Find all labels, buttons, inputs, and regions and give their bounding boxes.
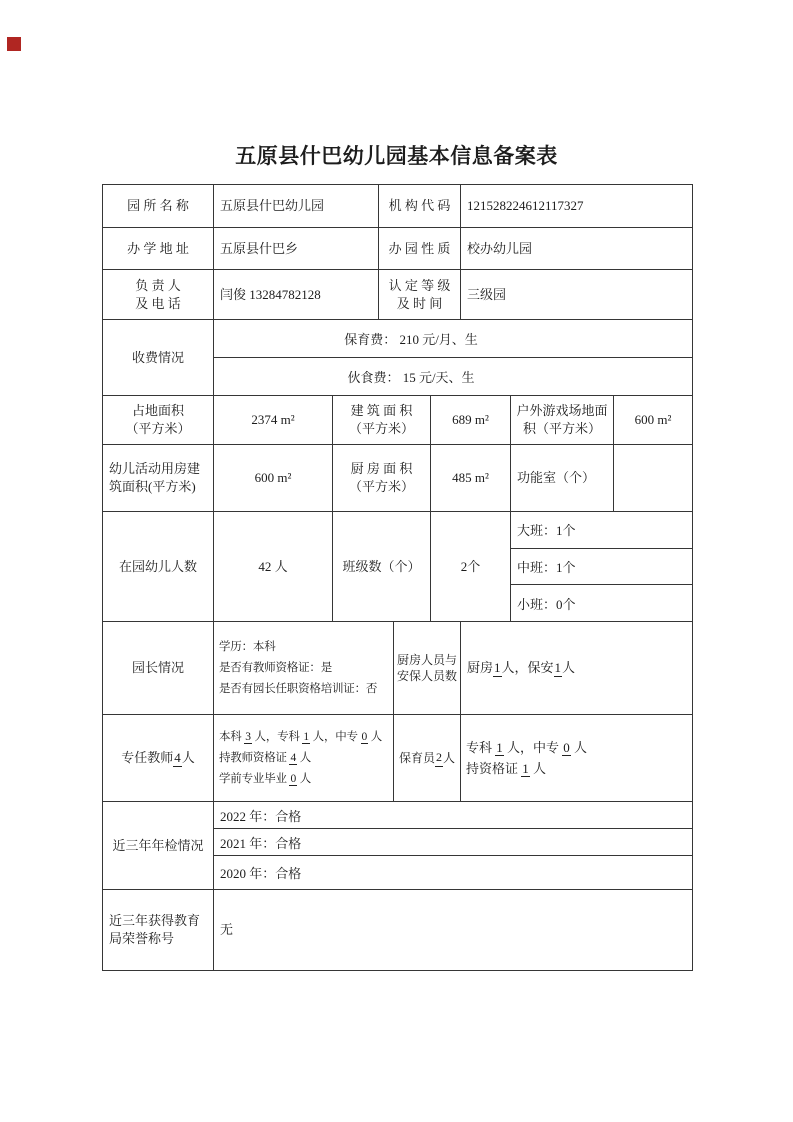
building-area-label: 建 筑 面 积 （平方米） xyxy=(333,396,431,444)
land-area-value: 2374 m² xyxy=(214,396,333,444)
inspection-2021: 2021 年：合格 xyxy=(214,829,692,856)
contact-label-line1: 负 责 人 xyxy=(135,277,181,295)
code-label: 机 构 代 码 xyxy=(379,185,461,227)
nurse-degrees: 专科 1 人，中专 0 人 xyxy=(466,737,587,758)
row-fees: 收费情况 保育费： 210 元/月、生 伙食费： 15 元/天、生 xyxy=(103,320,692,396)
principal-details: 学历：本科 是否有教师资格证：是 是否有园长任职资格培训证：否 xyxy=(214,622,394,714)
row-children: 在园幼儿人数 42 人 班级数（个） 2个 大班：1个 中班：1个 小班：0个 xyxy=(103,512,692,622)
principal-label: 园长情况 xyxy=(103,622,214,714)
principal-teacher-cert: 是否有教师资格证：是 xyxy=(219,658,332,679)
contact-label-line2: 及 电 话 xyxy=(135,295,181,313)
class-row-senior: 大班：1个 xyxy=(511,512,692,549)
function-rooms-label: 功能室（个） xyxy=(511,445,614,511)
row-contact-grade: 负 责 人 及 电 话 闫俊 13284782128 认 定 等 级 及 时 间… xyxy=(103,270,692,320)
row-inspection: 近三年年检情况 2022 年：合格 2021 年：合格 2020 年：合格 xyxy=(103,802,692,890)
land-area-label-line1: 占地面积 xyxy=(132,402,184,420)
nurse-certified: 持资格证 1 人 xyxy=(466,758,546,779)
inspection-2022: 2022 年：合格 xyxy=(214,802,692,829)
row-principal: 园长情况 学历：本科 是否有教师资格证：是 是否有园长任职资格培训证：否 厨房人… xyxy=(103,622,692,715)
honors-label: 近三年获得教育局荣誉称号 xyxy=(103,890,214,970)
nature-label: 办 园 性 质 xyxy=(379,228,461,269)
row-areas-2: 幼儿活动用房建筑面积(平方米) 600 m² 厨 房 面 积 （平方米） 485… xyxy=(103,445,692,512)
teachers-label: 专任教师 4 人 xyxy=(103,715,214,801)
address-label: 办 学 地 址 xyxy=(103,228,214,269)
grade-label-line1: 认 定 等 级 xyxy=(389,277,451,295)
principal-education: 学历：本科 xyxy=(219,637,276,658)
row-name-code: 园 所 名 称 五原县什巴幼儿园 机 构 代 码 121528224612117… xyxy=(103,185,692,228)
staff-label-line2: 安保人员数 xyxy=(397,668,457,684)
row-areas-1: 占地面积 （平方米） 2374 m² 建 筑 面 积 （平方米） 689 m² … xyxy=(103,396,692,445)
info-table: 园 所 名 称 五原县什巴幼儿园 机 构 代 码 121528224612117… xyxy=(102,184,693,971)
kitchen-area-label-line1: 厨 房 面 积 xyxy=(351,460,413,478)
staff-label: 厨房人员与 安保人员数 xyxy=(394,622,461,714)
children-label: 在园幼儿人数 xyxy=(103,512,214,621)
grade-label-line2: 及 时 间 xyxy=(397,295,443,313)
contact-value: 闫俊 13284782128 xyxy=(214,270,379,319)
class-row-junior: 小班：0个 xyxy=(511,585,692,621)
row-honors: 近三年获得教育局荣誉称号 无 xyxy=(103,890,692,970)
nurse-details: 专科 1 人，中专 0 人 持资格证 1 人 xyxy=(461,715,692,801)
row-teachers: 专任教师 4 人 本科 3 人，专科 1 人，中专 0 人 持教师资格证 4 人… xyxy=(103,715,692,802)
class-row-middle: 中班：1个 xyxy=(511,549,692,586)
address-value: 五原县什巴乡 xyxy=(214,228,379,269)
grade-value: 三级园 xyxy=(461,270,692,319)
fees-values: 保育费： 210 元/月、生 伙食费： 15 元/天、生 xyxy=(214,320,692,395)
name-label: 园 所 名 称 xyxy=(103,185,214,227)
class-breakdown: 大班：1个 中班：1个 小班：0个 xyxy=(511,512,692,621)
teachers-degrees: 本科 3 人，专科 1 人，中专 0 人 xyxy=(219,727,382,748)
building-area-label-line1: 建 筑 面 积 xyxy=(351,402,413,420)
land-area-label: 占地面积 （平方米） xyxy=(103,396,214,444)
teachers-preschool-major: 学前专业毕业 0 人 xyxy=(219,769,311,790)
inspection-results: 2022 年：合格 2021 年：合格 2020 年：合格 xyxy=(214,802,692,889)
nature-value: 校办幼儿园 xyxy=(461,228,692,269)
kitchen-area-value: 485 m² xyxy=(431,445,511,511)
teachers-details: 本科 3 人，专科 1 人，中专 0 人 持教师资格证 4 人 学前专业毕业 0… xyxy=(214,715,394,801)
classes-label: 班级数（个） xyxy=(333,512,431,621)
kitchen-area-label: 厨 房 面 积 （平方米） xyxy=(333,445,431,511)
classes-count: 2个 xyxy=(431,512,511,621)
document-page: 五原县什巴幼儿园基本信息备案表 园 所 名 称 五原县什巴幼儿园 机 构 代 码… xyxy=(0,0,793,1122)
name-value: 五原县什巴幼儿园 xyxy=(214,185,379,227)
outdoor-area-label: 户外游戏场地面积（平方米） xyxy=(511,396,614,444)
fee-nursing: 保育费： 210 元/月、生 xyxy=(214,320,692,358)
principal-post-cert: 是否有园长任职资格培训证：否 xyxy=(219,679,377,700)
outdoor-area-value: 600 m² xyxy=(614,396,692,444)
function-rooms-value xyxy=(614,445,692,511)
honors-value: 无 xyxy=(214,890,692,970)
building-area-value: 689 m² xyxy=(431,396,511,444)
kitchen-area-label-line2: （平方米） xyxy=(349,478,414,496)
inspection-label: 近三年年检情况 xyxy=(103,802,214,889)
fees-label: 收费情况 xyxy=(103,320,214,395)
contact-label: 负 责 人 及 电 话 xyxy=(103,270,214,319)
activity-area-label: 幼儿活动用房建筑面积(平方米) xyxy=(103,445,214,511)
row-address-nature: 办 学 地 址 五原县什巴乡 办 园 性 质 校办幼儿园 xyxy=(103,228,692,270)
activity-area-value: 600 m² xyxy=(214,445,333,511)
staff-label-line1: 厨房人员与 xyxy=(397,652,457,668)
children-count: 42 人 xyxy=(214,512,333,621)
teachers-certified: 持教师资格证 4 人 xyxy=(219,748,311,769)
fee-meal: 伙食费： 15 元/天、生 xyxy=(214,358,692,395)
nurse-label: 保育员 2 人 xyxy=(394,715,461,801)
building-area-label-line2: （平方米） xyxy=(349,420,414,438)
red-marker xyxy=(7,37,21,51)
code-value: 121528224612117327 xyxy=(461,185,692,227)
land-area-label-line2: （平方米） xyxy=(125,420,190,438)
inspection-2020: 2020 年：合格 xyxy=(214,856,692,889)
staff-value: 厨房 1 人，保安 1 人 xyxy=(461,622,692,714)
grade-label: 认 定 等 级 及 时 间 xyxy=(379,270,461,319)
page-title: 五原县什巴幼儿园基本信息备案表 xyxy=(0,140,793,170)
